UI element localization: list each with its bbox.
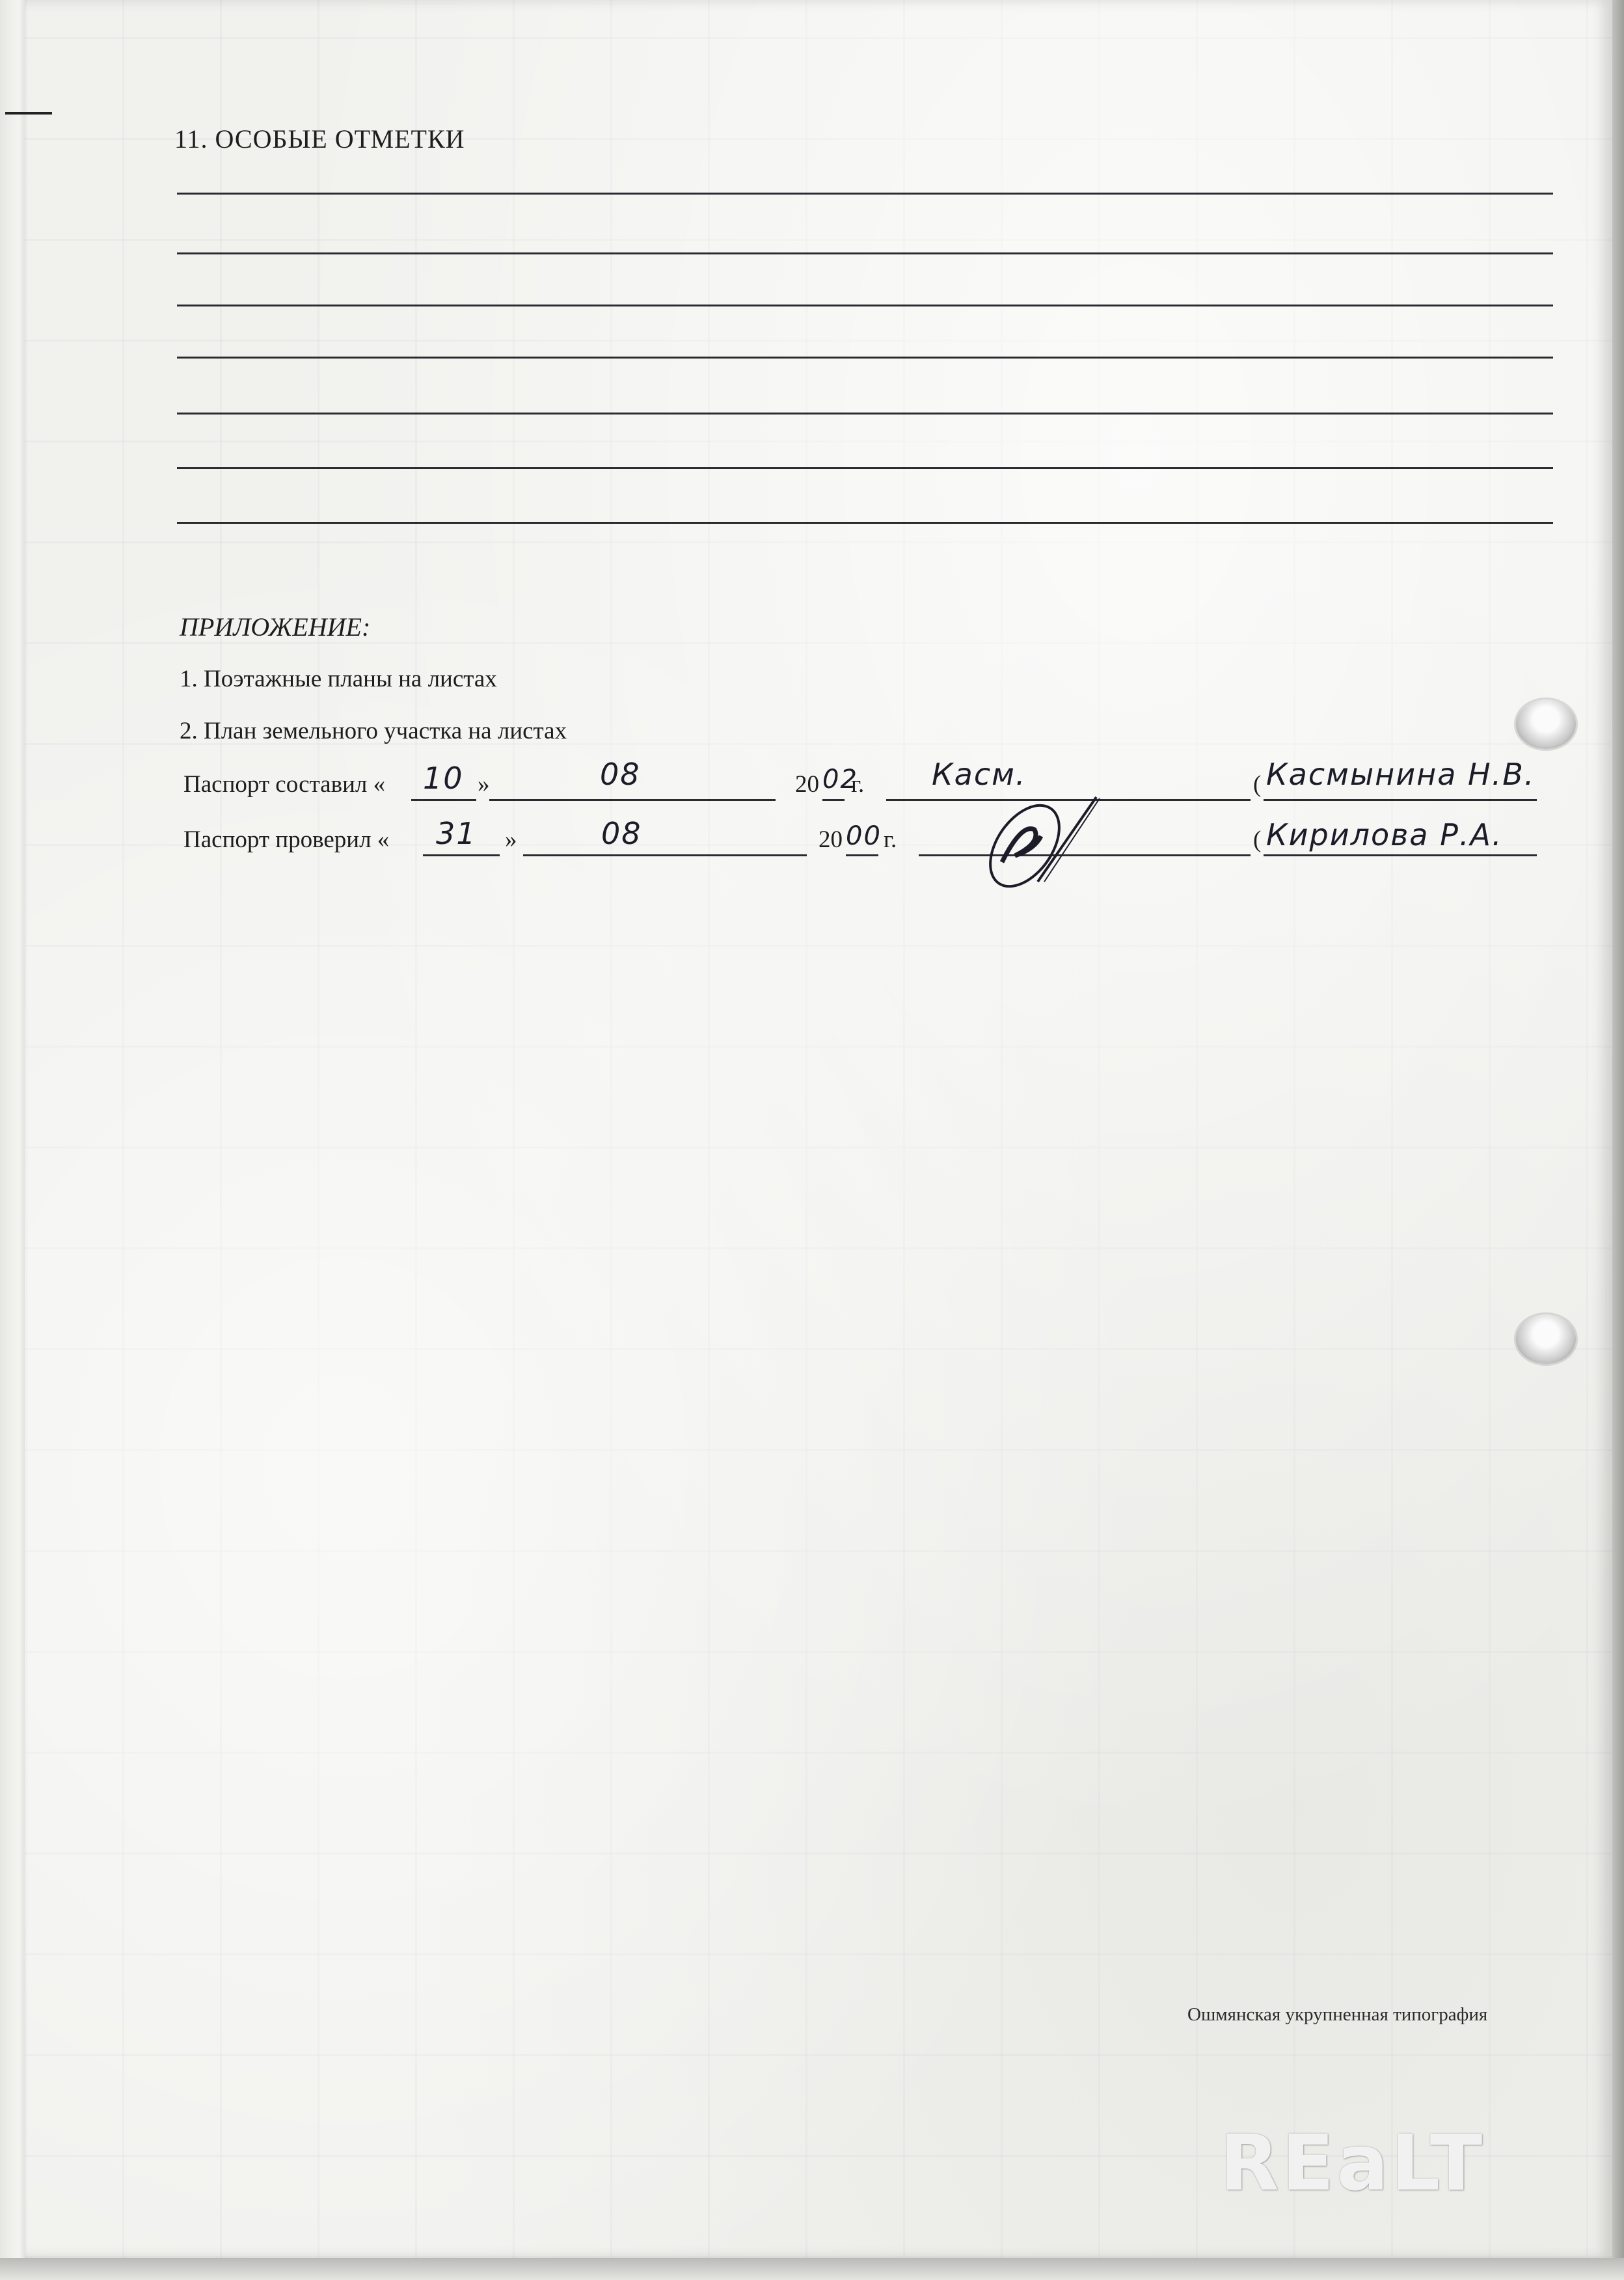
realt-watermark: REaLT <box>1220 2118 1485 2208</box>
compiled-month-value: 08 <box>600 757 641 792</box>
checked-day-value: 31 <box>436 816 477 851</box>
appendix-item-floor-plans: 1. Поэтажные планы на листах <box>180 665 497 693</box>
appendix-item-land-plan: 2. План земельного участка на листах <box>180 717 567 745</box>
appendix-title: ПРИЛОЖЕНИЕ: <box>180 612 370 642</box>
compiled-year-unit: г. <box>851 770 864 798</box>
notes-line <box>177 467 1553 469</box>
notes-line <box>177 305 1553 306</box>
notes-line <box>177 522 1553 524</box>
checked-month-value: 08 <box>601 816 642 851</box>
notes-line <box>177 193 1553 195</box>
checked-label: Паспорт проверил « <box>183 826 389 854</box>
notes-line <box>177 413 1553 414</box>
checked-paren-open: ( <box>1253 826 1261 854</box>
punch-hole <box>1516 1314 1576 1364</box>
checked-year-value: 00 <box>846 821 882 851</box>
checked-month-field[interactable] <box>523 815 807 856</box>
checked-year-prefix: 20 <box>819 826 843 854</box>
margin-mark <box>5 112 52 115</box>
passport-checked-row: Паспорт проверил « 31 » 08 20 00 г. ( Ки… <box>183 813 1615 859</box>
checked-quote-close: » <box>505 826 517 854</box>
scanner-edge-bottom <box>0 2258 1624 2280</box>
compiled-label: Паспорт составил « <box>183 770 385 798</box>
document-page <box>25 0 1612 2258</box>
section-heading: 11. ОСОБЫЕ ОТМЕТКИ <box>174 124 465 154</box>
printer-imprint: Ошмянская укрупненная типография <box>1187 2004 1487 2026</box>
compiled-day-value: 10 <box>423 761 464 796</box>
checker-signature-icon <box>963 784 1119 895</box>
notes-line <box>177 252 1553 254</box>
compiled-year-prefix: 20 <box>795 770 819 798</box>
compiled-name: Касмынина Н.В. <box>1266 757 1535 792</box>
checked-year-unit: г. <box>884 826 897 854</box>
notes-line <box>177 357 1553 359</box>
compiled-paren-open: ( <box>1253 770 1261 798</box>
checked-name: Кирилова Р.А. <box>1266 817 1503 852</box>
compiled-quote-close: » <box>478 770 490 798</box>
passport-compiled-row: Паспорт составил « 10 » 08 20 02 г. Касм… <box>183 758 1615 804</box>
punch-hole <box>1516 699 1576 749</box>
